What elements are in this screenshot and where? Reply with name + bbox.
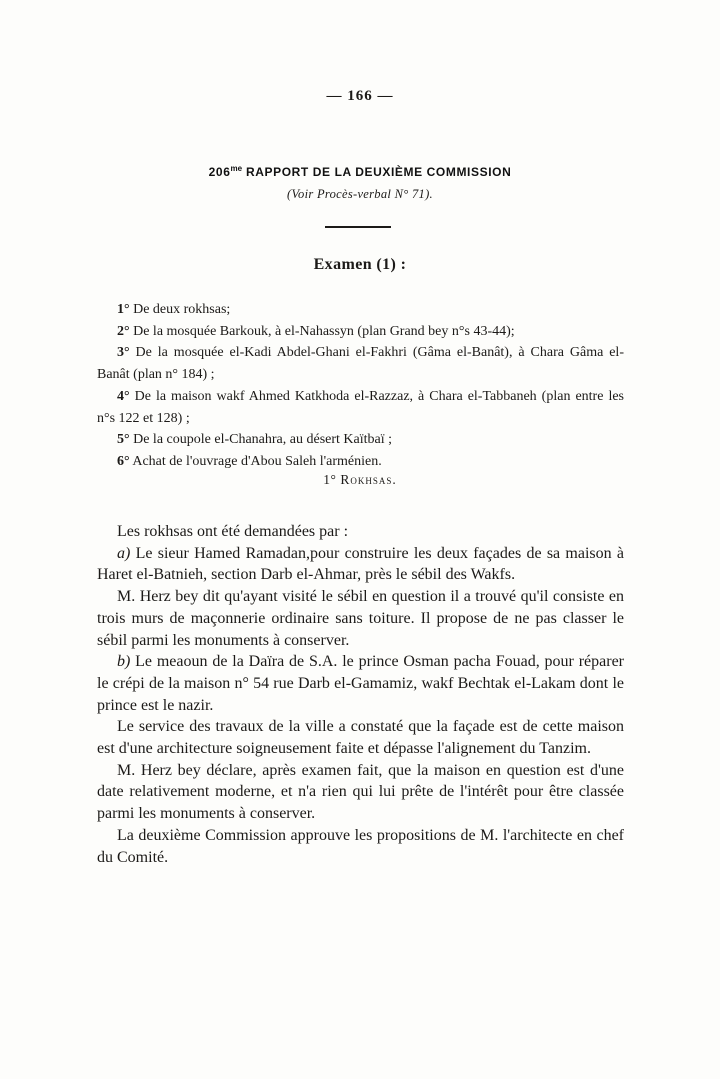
list-item: 6° Achat de l'ouvrage d'Abou Saleh l'arm… (97, 451, 624, 473)
list-item-text: De deux rokhsas; (130, 302, 231, 317)
list-item-text: De la coupole el-Chanahra, au désert Kaï… (130, 432, 392, 447)
list-item-ordinal: 2° (117, 324, 130, 339)
paragraph-text: Les rokhsas ont été demandées par : (117, 523, 348, 540)
paragraph-text: Le meaoun de la Daïra de S.A. le prince … (97, 653, 624, 713)
list-item: 1° De deux rokhsas; (97, 299, 624, 321)
list-item: 3° De la mosquée el-Kadi Abdel-Ghani el-… (97, 342, 624, 385)
paragraph: Les rokhsas ont été demandées par : (97, 521, 624, 543)
list-item: 4° De la maison wakf Ahmed Katkhoda el-R… (97, 386, 624, 429)
document-page: — 166 — 206me RAPPORT DE LA DEUXIÈME COM… (0, 0, 720, 1079)
section-divider-rule (325, 226, 391, 228)
paragraph-text: La deuxième Commission approuve les prop… (97, 827, 624, 866)
report-subtitle: (Voir Procès-verbal N° 71). (0, 187, 720, 202)
report-number-suffix: me (230, 164, 242, 173)
list-item-text: De la mosquée Barkouk, à el-Nahassyn (pl… (130, 324, 515, 339)
list-item-ordinal: 4° (117, 389, 130, 404)
list-item-text: De la mosquée el-Kadi Abdel-Ghani el-Fak… (97, 345, 624, 382)
list-item: 5° De la coupole el-Chanahra, au désert … (97, 429, 624, 451)
body-text: Les rokhsas ont été demandées par : a) L… (97, 521, 624, 868)
paragraph-text: Le sieur Hamed Ramadan,pour construire l… (97, 545, 624, 584)
paragraph-text: M. Herz bey dit qu'ayant visité le sébil… (97, 588, 624, 648)
list-item-ordinal: 6° (117, 454, 130, 469)
section-heading-title: Rokhsas. (340, 472, 396, 487)
report-number: 206 (209, 165, 231, 179)
list-item-ordinal: 3° (117, 345, 130, 360)
paragraph: M. Herz bey dit qu'ayant visité le sébil… (97, 586, 624, 651)
examen-list: 1° De deux rokhsas; 2° De la mosquée Bar… (97, 299, 624, 473)
paragraph-lead: b) (117, 653, 130, 670)
paragraph: Le service des travaux de la ville a con… (97, 716, 624, 759)
paragraph-text: M. Herz bey déclare, après examen fait, … (97, 762, 624, 822)
report-title: 206me RAPPORT DE LA DEUXIÈME COMMISSION (0, 164, 720, 179)
paragraph: La deuxième Commission approuve les prop… (97, 825, 624, 868)
list-item-text: De la maison wakf Ahmed Katkhoda el-Razz… (97, 389, 624, 426)
section-heading-prefix: 1° (323, 472, 340, 487)
list-item-ordinal: 5° (117, 432, 130, 447)
list-item-text: Achat de l'ouvrage d'Abou Saleh l'arméni… (130, 454, 382, 469)
paragraph-text: Le service des travaux de la ville a con… (97, 718, 624, 757)
paragraph-lead: a) (117, 545, 130, 562)
paragraph: M. Herz bey déclare, après examen fait, … (97, 760, 624, 825)
paragraph: b) Le meaoun de la Daïra de S.A. le prin… (97, 651, 624, 716)
report-title-text: RAPPORT DE LA DEUXIÈME COMMISSION (242, 165, 511, 179)
list-item: 2° De la mosquée Barkouk, à el-Nahassyn … (97, 321, 624, 343)
examen-heading: Examen (1) : (0, 256, 720, 274)
page-number: — 166 — (0, 88, 720, 105)
section-heading: 1° Rokhsas. (0, 472, 720, 488)
paragraph: a) Le sieur Hamed Ramadan,pour construir… (97, 543, 624, 586)
list-item-ordinal: 1° (117, 302, 130, 317)
